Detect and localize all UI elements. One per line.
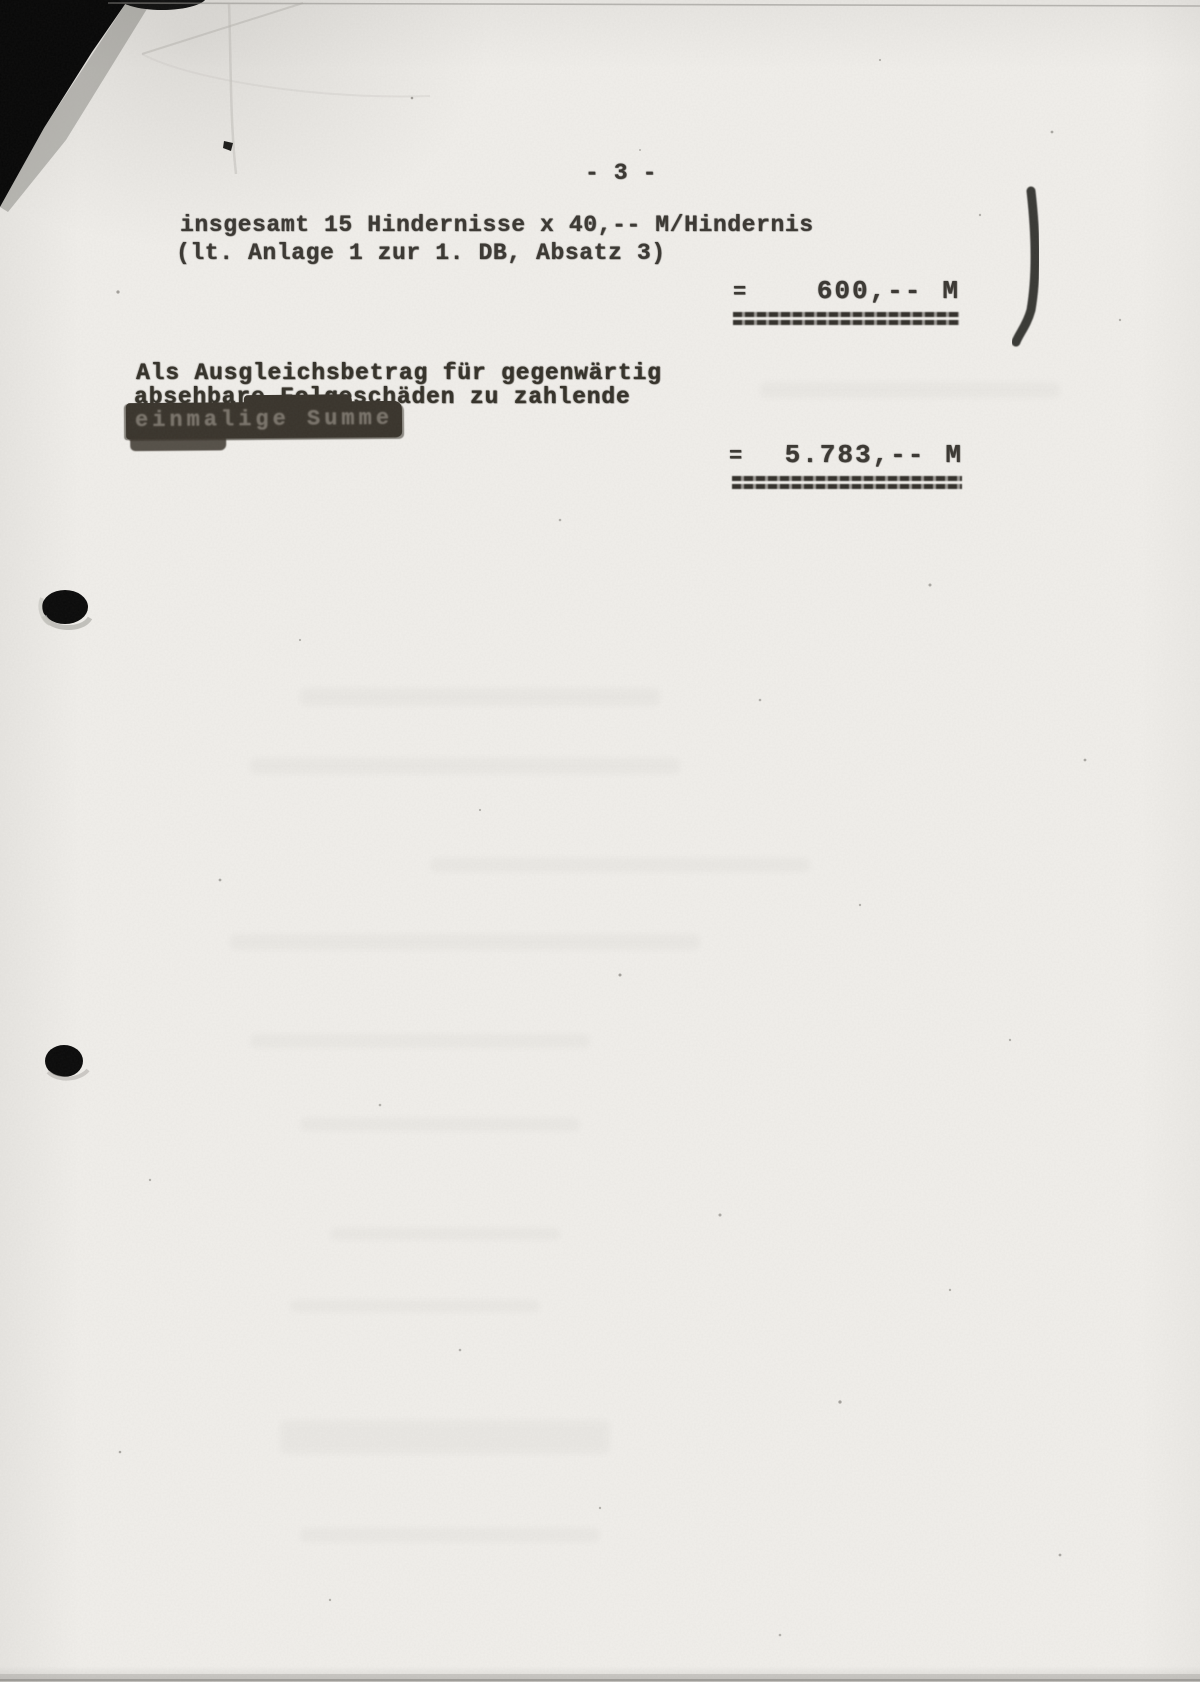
amount-row-5783: = 5.783,-- M — [729, 440, 961, 470]
bleed-through-smudge — [250, 1034, 590, 1048]
double-underline-600 — [733, 312, 959, 328]
bleed-through-smudge — [300, 688, 660, 706]
equals-sign: = — [729, 444, 742, 469]
calc-line-1: insgesamt 15 Hindernisse x 40,-- M/Hinde… — [180, 212, 814, 238]
bleed-through-smudge — [230, 934, 700, 950]
bleed-through-smudge — [330, 1228, 560, 1240]
amount-value: 600,-- — [817, 276, 923, 306]
currency-label: M — [945, 440, 961, 470]
bleed-through-smudge — [290, 1300, 540, 1312]
redaction-highlight: einmalige Summe — [126, 401, 402, 439]
bleed-through-smudge — [300, 1118, 580, 1131]
redacted-text: einmalige Summe — [126, 401, 402, 439]
compensation-line-1: Als Ausgleichsbetrag für gegenwärtig — [136, 360, 662, 386]
calc-line-2: (lt. Anlage 1 zur 1. DB, Absatz 3) — [176, 240, 666, 266]
currency-label: M — [942, 276, 958, 306]
amount-row-600: = 600,-- M — [733, 276, 958, 306]
page-number: - 3 - — [566, 160, 676, 186]
bleed-through-smudge — [250, 758, 680, 774]
bleed-through-smudge — [300, 1528, 600, 1542]
equals-sign: = — [733, 280, 746, 305]
amount-value: 5.783,-- — [785, 440, 926, 470]
bleed-through-smudge — [760, 382, 1060, 398]
double-underline-5783 — [732, 476, 962, 492]
bleed-through-smudge — [430, 858, 810, 872]
bleed-through-smudge — [280, 1420, 610, 1454]
